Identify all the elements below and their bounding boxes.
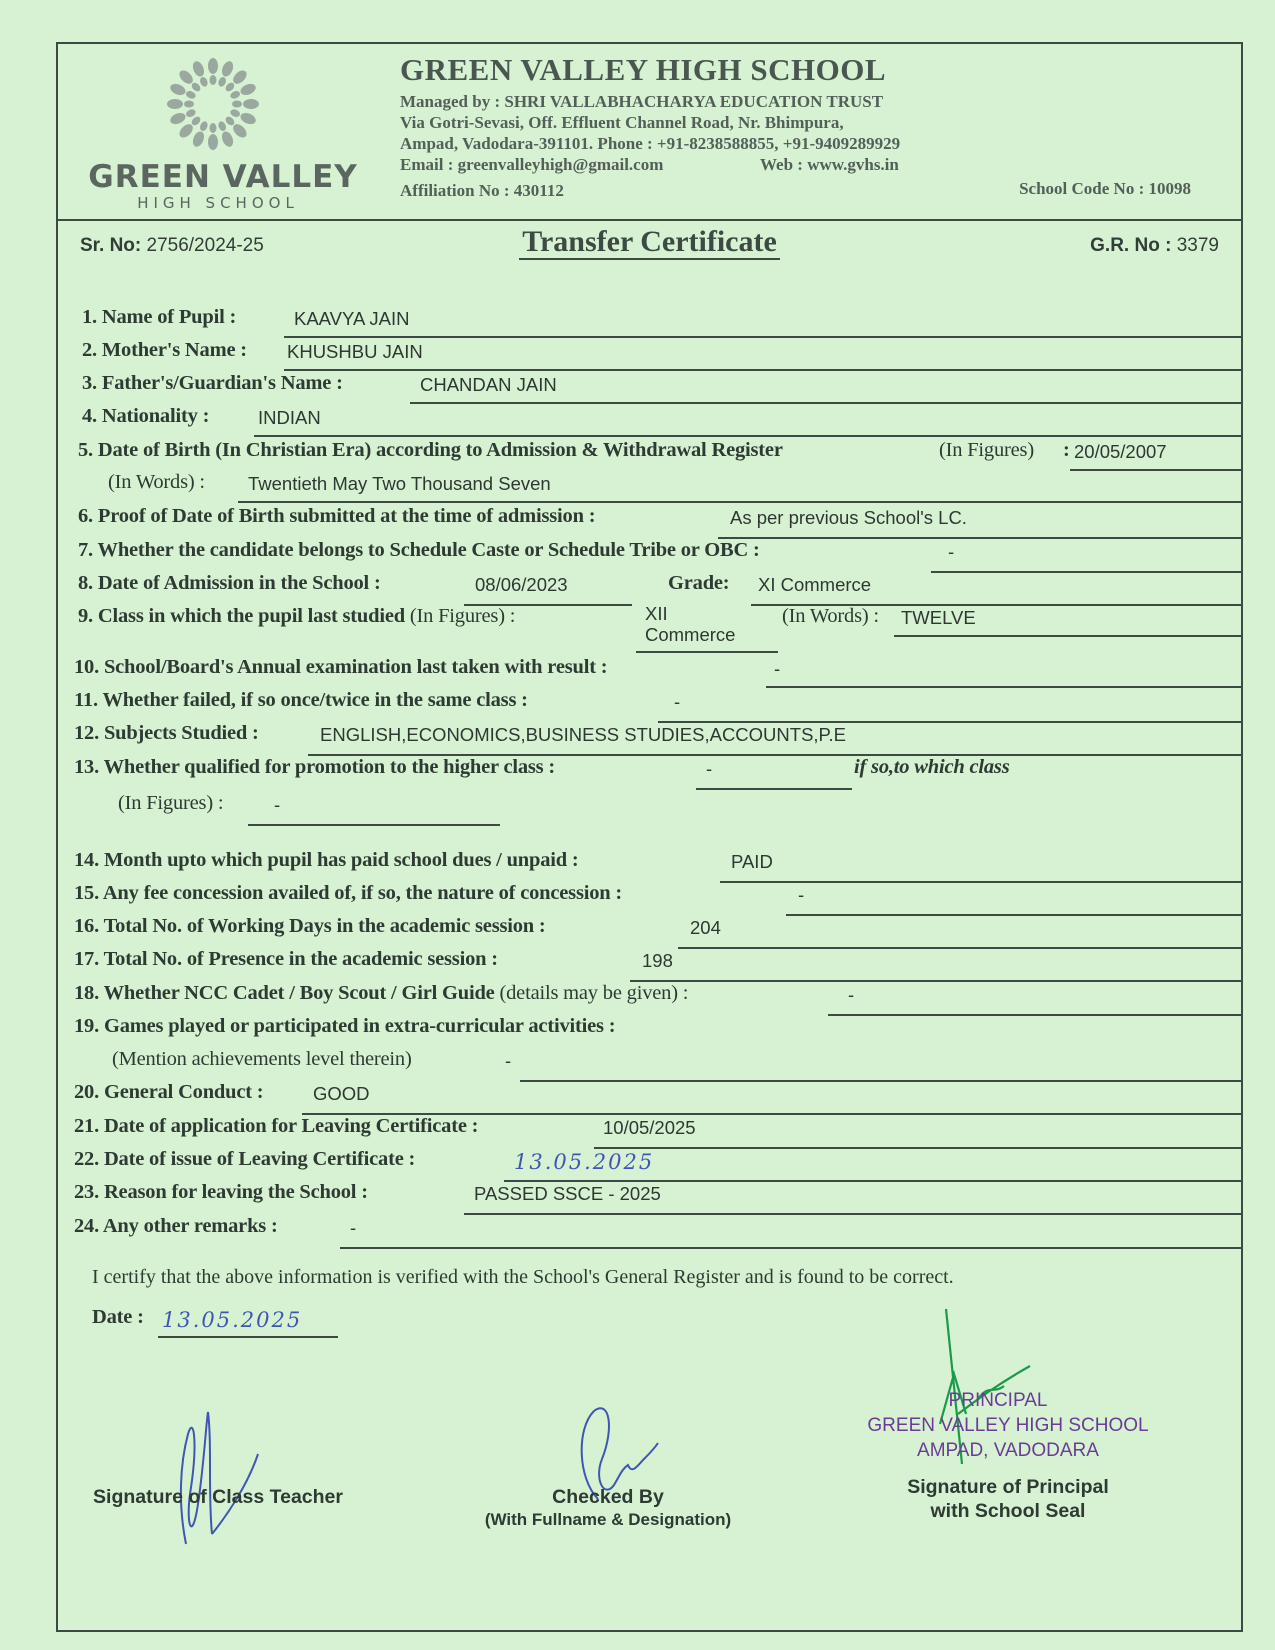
field-label: 23. Reason for leaving the School : — [74, 1181, 368, 1204]
stamp-line-1: PRINCIPAL — [898, 1390, 1098, 1412]
field-label: 8. Date of Admission in the School : — [78, 572, 381, 595]
handwritten-date: 13.05.2025 — [162, 1308, 302, 1332]
field-label: 14. Month upto which pupil has paid scho… — [74, 849, 579, 872]
field-mothers-name: 2. Mother's Name : KHUSHBU JAIN — [58, 339, 1241, 373]
logo-wordmark: GREEN VALLEY — [78, 159, 368, 195]
field-label: 16. Total No. of Working Days in the aca… — [74, 915, 546, 938]
field-value: KHUSHBU JAIN — [287, 341, 423, 363]
field-label: 20. General Conduct : — [74, 1081, 263, 1104]
field-label: 21. Date of application for Leaving Cert… — [74, 1115, 478, 1138]
class-figures-line2: Commerce — [645, 624, 735, 646]
field-value: As per previous School's LC. — [730, 507, 967, 529]
underline — [284, 369, 1241, 371]
field-value: PASSED SSCE - 2025 — [474, 1183, 661, 1205]
field-note: (In Figures) — [939, 439, 1034, 461]
field-value: INDIAN — [258, 407, 321, 429]
field-value: - — [505, 1050, 511, 1072]
field-value: - — [674, 691, 680, 713]
checked-by-label: Checked By — [468, 1486, 748, 1509]
field-label: 11. Whether failed, if so once/twice in … — [74, 689, 528, 712]
principal-seal-label: with School Seal — [848, 1500, 1168, 1523]
class-words-value: TWELVE — [901, 607, 976, 629]
field-value: 204 — [690, 917, 721, 939]
class-teacher-label: Signature of Class Teacher — [78, 1486, 358, 1509]
gr-label: G.R. No : — [1090, 235, 1171, 256]
field-value: - — [848, 984, 854, 1006]
field-label: 18. Whether NCC Cadet / Boy Scout / Girl… — [74, 982, 495, 1004]
school-name: GREEN VALLEY HIGH SCHOOL — [400, 52, 886, 88]
field-extracurricular-achievements: (Mention achievements level therein) - — [58, 1048, 1241, 1082]
underline — [158, 1336, 338, 1338]
field-label: 13. Whether qualified for promotion to t… — [74, 756, 555, 779]
field-value: PAID — [731, 851, 773, 873]
class-figures-line1: XII — [645, 603, 668, 625]
field-class-last-studied: 9. Class in which the pupil last studied… — [58, 605, 1241, 639]
underline — [636, 651, 778, 653]
school-header: GREEN VALLEY HIGH SCHOOL GREEN VALLEY HI… — [58, 44, 1241, 221]
field-value: - — [706, 758, 712, 780]
field-date-of-birth: 5. Date of Birth (In Christian Era) acco… — [58, 439, 1241, 473]
field-label: 19. Games played or participated in extr… — [74, 1015, 615, 1038]
field-label: 2. Mother's Name : — [82, 339, 247, 362]
field-value: - — [798, 884, 804, 906]
flower-logo-icon — [158, 54, 268, 154]
field-ncc-scout-guide: 18. Whether NCC Cadet / Boy Scout / Girl… — [58, 982, 1241, 1016]
field-label: 9. Class in which the pupil last studied — [78, 605, 405, 627]
field-label: (Mention achievements level therein) — [112, 1048, 412, 1070]
school-code: School Code No : 10098 — [1019, 179, 1191, 199]
underline — [284, 336, 1241, 338]
field-label: 6. Proof of Date of Birth submitted at t… — [78, 505, 595, 528]
checked-by-sublabel: (With Fullname & Designation) — [448, 1510, 768, 1530]
field-value: ENGLISH,ECONOMICS,BUSINESS STUDIES,ACCOU… — [320, 724, 846, 746]
field-label: 17. Total No. of Presence in the academi… — [74, 948, 498, 971]
underline — [238, 501, 1241, 503]
field-note: (In Figures) : — [410, 605, 515, 627]
field-value: 08/06/2023 — [475, 574, 568, 596]
certificate-title-bar: Sr. No: 2756/2024-25 Transfer Certificat… — [58, 219, 1241, 274]
stamp-line-2: GREEN VALLEY HIGH SCHOOL — [848, 1415, 1168, 1437]
if-so-label: if so,to which class — [854, 756, 1009, 778]
field-working-days: 16. Total No. of Working Days in the aca… — [58, 915, 1241, 949]
field-value: 198 — [642, 950, 673, 972]
field-date-of-admission: 8. Date of Admission in the School : 08/… — [58, 572, 1241, 606]
certification-statement: I certify that the above information is … — [92, 1266, 954, 1289]
field-general-conduct: 20. General Conduct : GOOD — [58, 1081, 1241, 1115]
field-date-of-birth-words: (In Words) : Twentieth May Two Thousand … — [58, 471, 1241, 505]
field-value: - — [948, 541, 954, 563]
field-fathers-name: 3. Father's/Guardian's Name : CHANDAN JA… — [58, 372, 1241, 406]
field-label: (In Words) : — [108, 471, 205, 493]
field-promotion-class-figures: (In Figures) : - — [58, 792, 1241, 826]
underline — [340, 1247, 1241, 1249]
page-title: Transfer Certificate — [58, 225, 1241, 259]
address-line-2: Ampad, Vadodara-391101. Phone : +91-8238… — [400, 134, 900, 154]
underline — [894, 635, 1241, 637]
field-proof-of-dob: 6. Proof of Date of Birth submitted at t… — [58, 505, 1241, 539]
title-text: Transfer Certificate — [519, 225, 780, 260]
certificate-date: Date : 13.05.2025 — [58, 1306, 1241, 1340]
logo-subtitle: HIGH SCHOOL — [78, 194, 358, 212]
field-label: 7. Whether the candidate belongs to Sche… — [78, 539, 760, 562]
field-label: 3. Father's/Guardian's Name : — [82, 372, 343, 395]
underline — [254, 435, 1241, 437]
field-value: CHANDAN JAIN — [420, 374, 557, 396]
field-nationality: 4. Nationality : INDIAN — [58, 405, 1241, 439]
certificate-frame: GREEN VALLEY HIGH SCHOOL GREEN VALLEY HI… — [56, 42, 1243, 1632]
field-label: 22. Date of issue of Leaving Certificate… — [74, 1148, 415, 1171]
field-annual-exam-result: 10. School/Board's Annual examination la… — [58, 656, 1241, 690]
principal-label: Signature of Principal — [848, 1476, 1168, 1499]
field-application-date: 21. Date of application for Leaving Cert… — [58, 1115, 1241, 1149]
field-value: - — [350, 1217, 356, 1239]
field-presence-days: 17. Total No. of Presence in the academi… — [58, 948, 1241, 982]
field-subjects-studied: 12. Subjects Studied : ENGLISH,ECONOMICS… — [58, 722, 1241, 756]
field-value: - — [774, 658, 780, 680]
field-label: (In Figures) : — [118, 792, 223, 814]
field-label: 1. Name of Pupil : — [82, 306, 236, 329]
colon: : — [1063, 439, 1070, 462]
field-value: KAAVYA JAIN — [294, 308, 410, 330]
underline — [248, 824, 500, 826]
address-line-1: Via Gotri-Sevasi, Off. Effluent Channel … — [400, 113, 844, 133]
gr-value: 3379 — [1177, 235, 1219, 256]
field-caste-category: 7. Whether the candidate belongs to Sche… — [58, 539, 1241, 573]
underline — [410, 402, 1241, 404]
school-logo: GREEN VALLEY HIGH SCHOOL — [78, 54, 348, 204]
managed-by: Managed by : SHRI VALLABHACHARYA EDUCATI… — [400, 92, 883, 112]
affiliation-number: Affiliation No : 430112 — [400, 181, 564, 201]
grade-value: XI Commerce — [758, 574, 871, 596]
field-label: 12. Subjects Studied : — [74, 722, 259, 745]
field-value: 10/05/2025 — [603, 1117, 696, 1139]
class-teacher-signature — [168, 1404, 268, 1554]
website[interactable]: Web : www.gvhs.in — [760, 155, 899, 175]
field-promotion-qualified: 13. Whether qualified for promotion to t… — [58, 756, 1241, 790]
field-label: 10. School/Board's Annual examination la… — [74, 656, 607, 679]
field-other-remarks: 24. Any other remarks : - — [58, 1215, 1241, 1249]
field-label: 24. Any other remarks : — [74, 1215, 278, 1238]
field-fee-concession: 15. Any fee concession availed of, if so… — [58, 882, 1241, 916]
field-dues-paid: 14. Month upto which pupil has paid scho… — [58, 849, 1241, 883]
words-label: (In Words) : — [782, 605, 879, 627]
gr-number: G.R. No : 3379 — [1090, 235, 1219, 257]
field-label: 4. Nationality : — [82, 405, 209, 428]
field-note: (details may be given) : — [500, 982, 689, 1004]
email[interactable]: Email : greenvalleyhigh@gmail.com — [400, 155, 663, 175]
field-reason-for-leaving: 23. Reason for leaving the School : PASS… — [58, 1181, 1241, 1215]
field-extracurricular: 19. Games played or participated in extr… — [58, 1015, 1241, 1049]
underline — [696, 788, 852, 790]
field-value: Twentieth May Two Thousand Seven — [248, 473, 551, 495]
date-label: Date : — [92, 1306, 144, 1329]
field-value: GOOD — [313, 1083, 370, 1105]
stamp-line-3: AMPAD, VADODARA — [848, 1440, 1168, 1462]
underline — [766, 686, 1241, 688]
field-issue-date: 22. Date of issue of Leaving Certificate… — [58, 1148, 1241, 1182]
field-failed-status: 11. Whether failed, if so once/twice in … — [58, 689, 1241, 723]
field-value: - — [274, 794, 280, 816]
handwritten-issue-date: 13.05.2025 — [514, 1150, 654, 1174]
field-label: 15. Any fee concession availed of, if so… — [74, 882, 622, 905]
field-value: 20/05/2007 — [1074, 441, 1167, 463]
field-name-of-pupil: 1. Name of Pupil : KAAVYA JAIN — [58, 306, 1241, 340]
field-label: 5. Date of Birth (In Christian Era) acco… — [78, 439, 783, 462]
grade-label: Grade: — [668, 572, 729, 595]
